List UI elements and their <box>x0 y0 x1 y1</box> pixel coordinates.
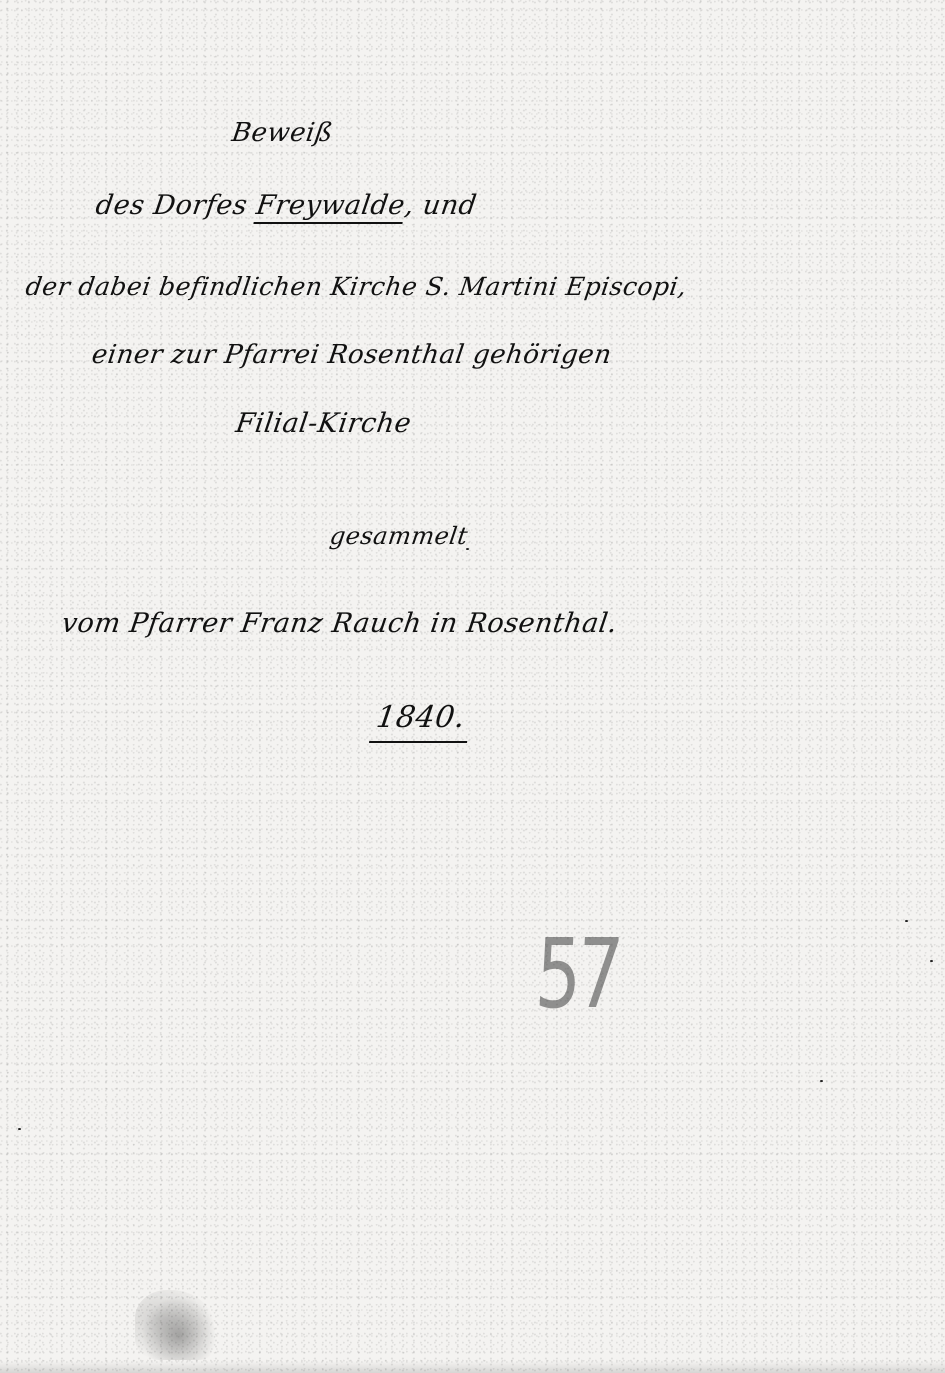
ink-speck <box>905 920 908 922</box>
ink-speck <box>930 960 933 962</box>
document-page: Beweiß des Dorfes Freywalde, und der dab… <box>0 0 945 1373</box>
ink-speck <box>18 1128 21 1130</box>
village-line-prefix: des Dorfes <box>94 190 250 221</box>
document-year: 1840. <box>369 700 473 743</box>
author-line: vom Pfarrer Franz Rauch in Rosenthal. <box>60 608 620 639</box>
village-line: des Dorfes Freywalde, und <box>94 190 479 221</box>
church-line: der dabei befindlichen Kirche S. Martini… <box>24 272 689 301</box>
filial-church-line: Filial-Kirche <box>234 408 414 439</box>
collected-label: gesammelt <box>328 522 470 550</box>
ink-speck <box>820 1080 823 1082</box>
document-title: Beweiß <box>230 118 335 148</box>
faded-stamp-mark <box>135 1290 215 1360</box>
village-name: Freywalde <box>254 190 407 224</box>
village-line-suffix: , und <box>403 190 479 221</box>
ink-speck <box>466 548 469 550</box>
page-bottom-edge <box>0 1361 945 1373</box>
parish-line: einer zur Pfarrei Rosenthal gehörigen <box>90 340 614 370</box>
pencil-folio-number: 57 <box>533 918 621 1030</box>
